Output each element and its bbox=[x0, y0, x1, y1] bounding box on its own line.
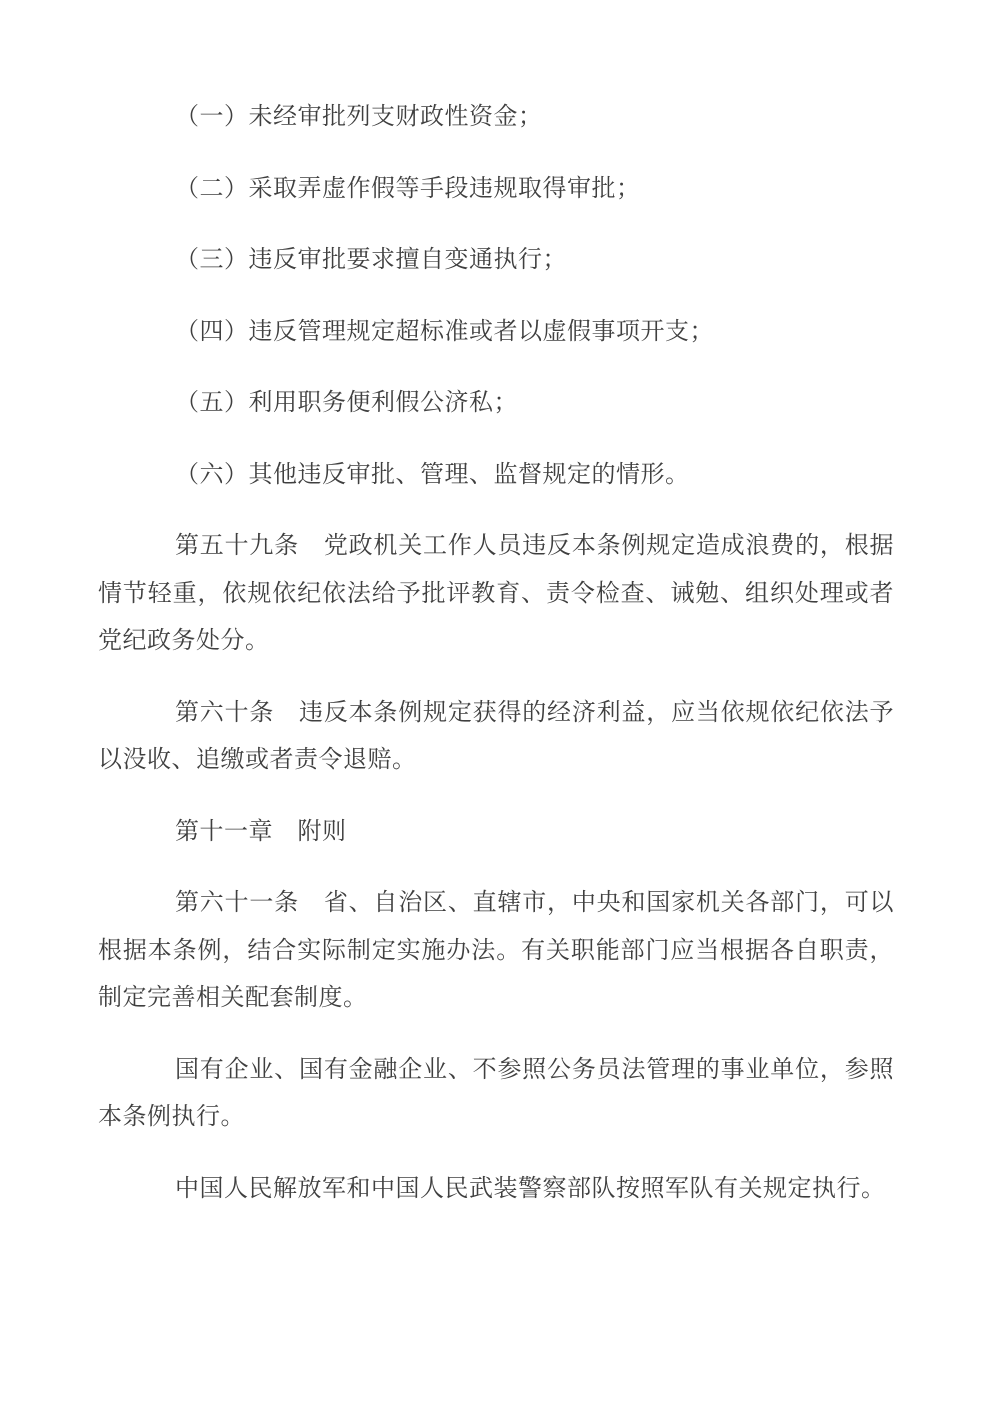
para-military-application: 中国人民解放军和中国人民武装警察部队按照军队有关规定执行。 bbox=[98, 1166, 894, 1214]
chapter-11-heading: 第十一章 附则 bbox=[98, 809, 894, 857]
clause-item-6: （六）其他违反审批、管理、监督规定的情形。 bbox=[98, 452, 894, 500]
clause-item-1: （一）未经审批列支财政性资金； bbox=[98, 94, 894, 142]
clause-item-4: （四）违反管理规定超标准或者以虚假事项开支； bbox=[98, 309, 894, 357]
clause-item-5: （五）利用职务便利假公济私； bbox=[98, 380, 894, 428]
article-61: 第六十一条 省、自治区、直辖市，中央和国家机关各部门，可以根据本条例，结合实际制… bbox=[98, 880, 894, 1023]
clause-item-3: （三）违反审批要求擅自变通执行； bbox=[98, 237, 894, 285]
para-soe-application: 国有企业、国有金融企业、不参照公务员法管理的事业单位，参照本条例执行。 bbox=[98, 1047, 894, 1142]
article-60: 第六十条 违反本条例规定获得的经济利益，应当依规依纪依法予以没收、追缴或者责令退… bbox=[98, 690, 894, 785]
article-59: 第五十九条 党政机关工作人员违反本条例规定造成浪费的，根据情节轻重，依规依纪依法… bbox=[98, 523, 894, 666]
document-page: （一）未经审批列支财政性资金； （二）采取弄虚作假等手段违规取得审批； （三）违… bbox=[0, 0, 992, 1402]
clause-item-2: （二）采取弄虚作假等手段违规取得审批； bbox=[98, 166, 894, 214]
